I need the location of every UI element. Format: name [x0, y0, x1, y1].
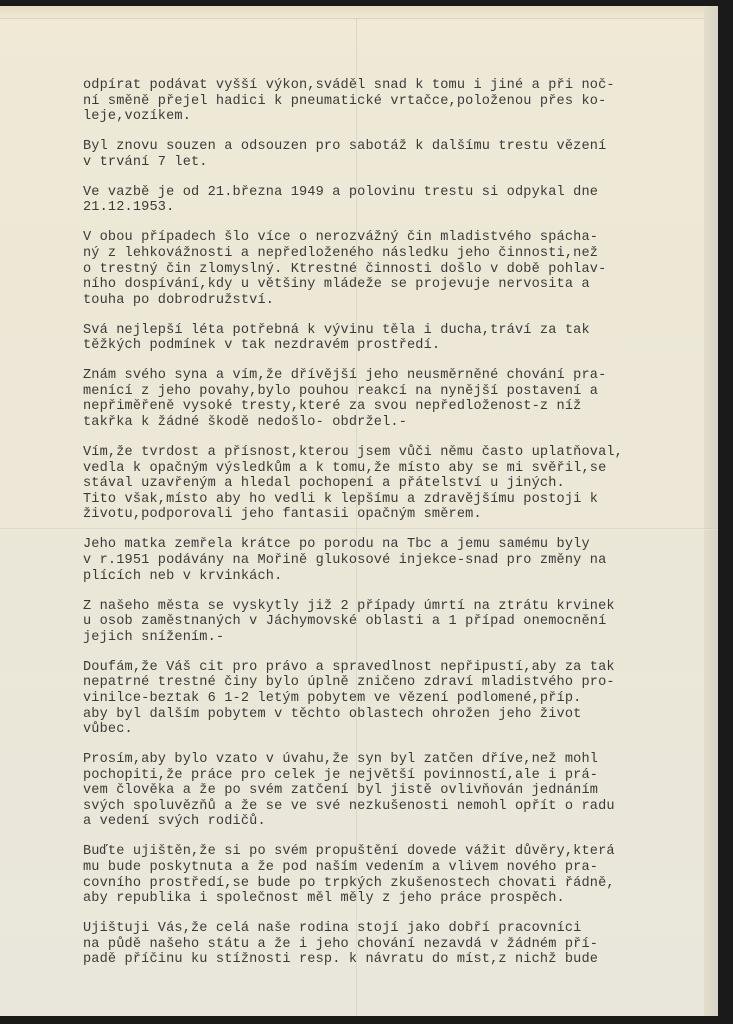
text-line: 21.12.1953.: [83, 200, 713, 216]
text-line: vinilce-beztak 6 1-2 letým pobytem ve vě…: [83, 691, 713, 707]
paragraph: Buďte ujištěn,že si po svém propuštění d…: [83, 844, 713, 906]
text-line: vůbec.: [83, 722, 713, 738]
letter-body: odpírat podávat vyšší výkon,sváděl snad …: [83, 78, 713, 982]
text-line: mu bude poskytnuta a že pod naším vedení…: [83, 860, 713, 876]
paper-top-fold: [0, 6, 718, 19]
text-line: takřka k žádné škodě nedošlo- obdržel.-: [83, 415, 713, 431]
text-line: menící z jeho povahy,bylo pouhou reakcí …: [83, 384, 713, 400]
text-line: Byl znovu souzen a odsouzen pro sabotáž …: [83, 139, 713, 155]
text-line: touha po dobrodružství.: [83, 293, 713, 309]
text-line: nepřiměřeně vysoké tresty,které za svou …: [83, 399, 713, 415]
text-line: pochopiti,že práce pro celek je největší…: [83, 768, 713, 784]
text-line: Buďte ujištěn,že si po svém propuštění d…: [83, 844, 713, 860]
text-line: nepatrné trestné činy bylo úplně zničeno…: [83, 675, 713, 691]
paragraph: Prosím,aby bylo vzato v úvahu,že syn byl…: [83, 752, 713, 830]
text-line: Vím,že tvrdost a přísnost,kterou jsem vů…: [83, 445, 713, 461]
text-line: Ve vazbě je od 21.března 1949 a polovinu…: [83, 185, 713, 201]
text-line: svých spoluvězňů a že se ve své nezkušen…: [83, 799, 713, 815]
text-line: Znám svého syna a vím,že dřívější jeho n…: [83, 368, 713, 384]
text-line: stával uzavřeným a hledal pochopení a př…: [83, 476, 713, 492]
text-line: životu,podporovali jeho fantasii opačným…: [83, 507, 713, 523]
text-line: u osob zaměstnaných v Jáchymovské oblast…: [83, 614, 713, 630]
text-line: ný z lehkovážnosti a nepředloženého násl…: [83, 246, 713, 262]
text-line: Doufám,že Váš cit pro právo a spravedlno…: [83, 660, 713, 676]
paragraph: V obou případech šlo více o nerozvážný č…: [83, 230, 713, 308]
text-line: těžkých podmínek v tak nezdravém prostře…: [83, 338, 713, 354]
text-line: Jeho matka zemřela krátce po porodu na T…: [83, 537, 713, 553]
text-line: vedla k opačným výsledkům a k tomu,že mí…: [83, 461, 713, 477]
paragraph: Jeho matka zemřela krátce po porodu na T…: [83, 537, 713, 584]
text-line: aby republika i společnost měl měly z je…: [83, 891, 713, 907]
text-line: vem člověka a že po svém zatčení byl jis…: [83, 783, 713, 799]
text-line: ní směně přejel hadici k pneumatické vrt…: [83, 94, 713, 110]
paragraph: Ujištuji Vás,že celá naše rodina stojí j…: [83, 921, 713, 968]
text-line: plících neb v krvinkách.: [83, 569, 713, 585]
paragraph: Znám svého syna a vím,že dřívější jeho n…: [83, 368, 713, 430]
text-line: Z našeho města se vyskytly již 2 případy…: [83, 599, 713, 615]
text-line: v trvání 7 let.: [83, 155, 713, 171]
text-line: ního dospívání,kdy u většiny mládeže se …: [83, 277, 713, 293]
text-line: covního prostředí,se bude po trpkých zku…: [83, 876, 713, 892]
text-line: V obou případech šlo více o nerozvážný č…: [83, 230, 713, 246]
text-line: aby byl dalším pobytem v těchto oblastec…: [83, 707, 713, 723]
text-line: v r.1951 podávány na Mořině glukosové in…: [83, 553, 713, 569]
text-line: jejich snížením.-: [83, 630, 713, 646]
paragraph: Vím,že tvrdost a přísnost,kterou jsem vů…: [83, 445, 713, 523]
text-line: leje,vozíkem.: [83, 109, 713, 125]
paragraph: Ve vazbě je od 21.března 1949 a polovinu…: [83, 185, 713, 216]
text-line: Tito však,místo aby ho vedli k lepšímu a…: [83, 492, 713, 508]
text-line: a vedení svých rodičů.: [83, 814, 713, 830]
text-line: Prosím,aby bylo vzato v úvahu,že syn byl…: [83, 752, 713, 768]
paragraph: Byl znovu souzen a odsouzen pro sabotáž …: [83, 139, 713, 170]
text-line: Ujištuji Vás,že celá naše rodina stojí j…: [83, 921, 713, 937]
text-line: na půdě našeho státu a že i jeho chování…: [83, 937, 713, 953]
text-line: o trestný čin zlomyslný. Ktrestné činnos…: [83, 262, 713, 278]
paragraph: odpírat podávat vyšší výkon,sváděl snad …: [83, 78, 713, 125]
text-line: odpírat podávat vyšší výkon,sváděl snad …: [83, 78, 713, 94]
paragraph: Z našeho města se vyskytly již 2 případy…: [83, 599, 713, 646]
text-line: Svá nejlepší léta potřebná k vývinu těla…: [83, 323, 713, 339]
paragraph: Svá nejlepší léta potřebná k vývinu těla…: [83, 323, 713, 354]
paragraph: Doufám,že Váš cit pro právo a spravedlno…: [83, 660, 713, 738]
text-line: padě příčinu ku stížnosti resp. k návrat…: [83, 952, 713, 968]
